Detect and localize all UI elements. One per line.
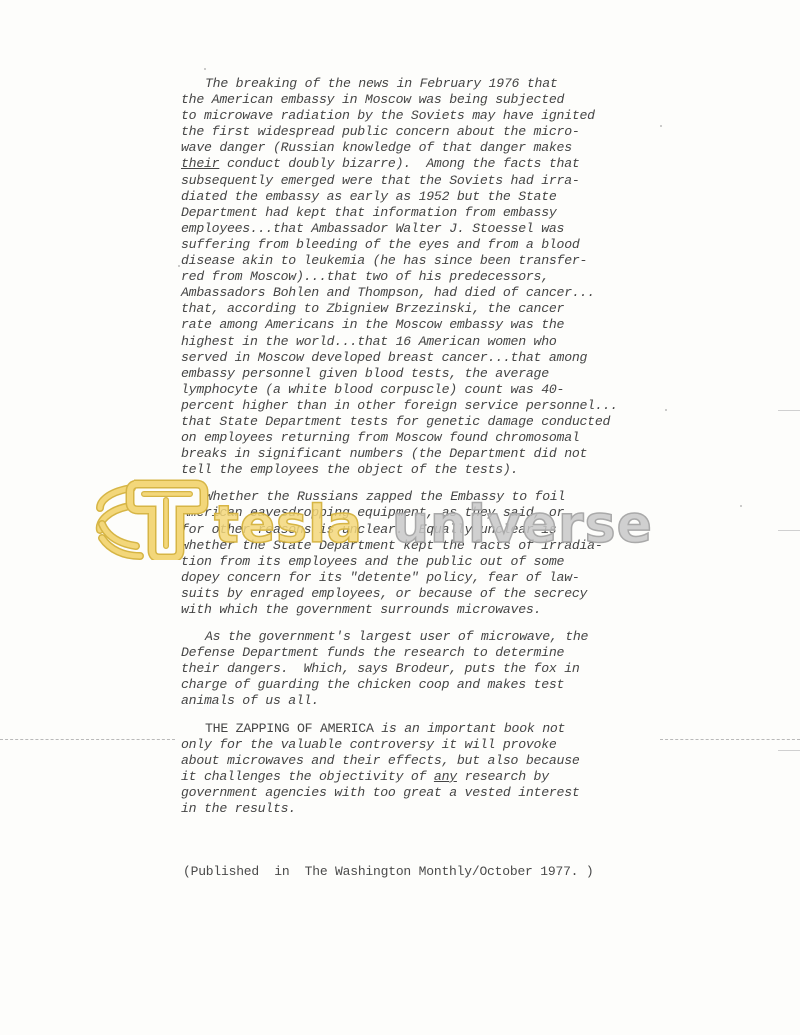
document-page: The breaking of the news in February 197… [0, 0, 800, 1035]
text-line: on employees returning from Moscow found… [181, 430, 651, 446]
text-line: breaks in significant numbers (the Depar… [181, 446, 651, 462]
text-line: government agencies with too great a ves… [181, 785, 651, 801]
text-line: disease akin to leukemia (he has since b… [181, 253, 651, 269]
paragraph-2: Whether the Russians zapped the Embassy … [181, 489, 651, 618]
text-line: employees...that Ambassador Walter J. St… [181, 221, 651, 237]
text-line: percent higher than in other foreign ser… [181, 398, 651, 414]
text-line: in the results. [181, 801, 651, 817]
text-line: that, according to Zbigniew Brzezinski, … [181, 301, 651, 317]
scan-speck [660, 125, 662, 127]
text-line: suffering from bleeding of the eyes and … [181, 237, 651, 253]
publication-caption: (Published in The Washington Monthly/Oct… [183, 864, 593, 879]
text-line: charge of guarding the chicken coop and … [181, 677, 651, 693]
paragraph-4: THE ZAPPING OF AMERICA is an important b… [181, 721, 651, 818]
text-line: animals of us all. [181, 693, 651, 709]
text-line: wave danger (Russian knowledge of that d… [181, 140, 651, 156]
scan-dashed-line-left [0, 739, 175, 740]
text-line: American eavesdropping equipment, as the… [181, 505, 651, 521]
text-line: their dangers. Which, says Brodeur, puts… [181, 661, 651, 677]
margin-mark [778, 410, 800, 411]
text-line: dopey concern for its "detente" policy, … [181, 570, 651, 586]
scan-speck [204, 68, 206, 70]
text-line: The breaking of the news in February 197… [181, 76, 651, 92]
text-line: As the government's largest user of micr… [181, 629, 651, 645]
text-line: the first widespread public concern abou… [181, 124, 651, 140]
scan-speck [178, 265, 180, 267]
text-line: served in Moscow developed breast cancer… [181, 350, 651, 366]
paragraph-3: As the government's largest user of micr… [181, 629, 651, 709]
text-line: about microwaves and their effects, but … [181, 753, 651, 769]
text-line: only for the valuable controversy it wil… [181, 737, 651, 753]
scan-speck [665, 409, 667, 411]
text-line: Whether the Russians zapped the Embassy … [181, 489, 651, 505]
text-line: the American embassy in Moscow was being… [181, 92, 651, 108]
book-title: THE ZAPPING OF AMERICA [205, 721, 374, 736]
article-body: The breaking of the news in February 197… [181, 76, 651, 828]
text-line: Department had kept that information fro… [181, 205, 651, 221]
paragraph-1: The breaking of the news in February 197… [181, 76, 651, 478]
text-line: Defense Department funds the research to… [181, 645, 651, 661]
underlined-word: any [434, 769, 457, 784]
text-line: diated the embassy as early as 1952 but … [181, 189, 651, 205]
text-line: subsequently emerged were that the Sovie… [181, 173, 651, 189]
text-line: their conduct doubly bizarre). Among the… [181, 156, 651, 172]
text-line: embassy personnel given blood tests, the… [181, 366, 651, 382]
underlined-word: their [181, 156, 219, 171]
text-line: THE ZAPPING OF AMERICA is an important b… [181, 721, 651, 737]
scan-speck [740, 505, 742, 507]
text-line: suits by enraged employees, or because o… [181, 586, 651, 602]
margin-mark [778, 530, 800, 531]
text-line: highest in the world...that 16 American … [181, 334, 651, 350]
text-line: Ambassadors Bohlen and Thompson, had die… [181, 285, 651, 301]
margin-mark [778, 750, 800, 751]
text-line: to microwave radiation by the Soviets ma… [181, 108, 651, 124]
text-line: tell the employees the object of the tes… [181, 462, 651, 478]
text-line: whether the State Department kept the fa… [181, 538, 651, 554]
text-line: that State Department tests for genetic … [181, 414, 651, 430]
text-line: it challenges the objectivity of any res… [181, 769, 651, 785]
text-line: tion from its employees and the public o… [181, 554, 651, 570]
text-line: for other reasons is unclear. Equally un… [181, 522, 651, 538]
text-line: with which the government surrounds micr… [181, 602, 651, 618]
text-line: red from Moscow)...that two of his prede… [181, 269, 651, 285]
text-line: lymphocyte (a white blood corpuscle) cou… [181, 382, 651, 398]
scan-dashed-line-right [660, 739, 800, 740]
text-line: rate among Americans in the Moscow embas… [181, 317, 651, 333]
